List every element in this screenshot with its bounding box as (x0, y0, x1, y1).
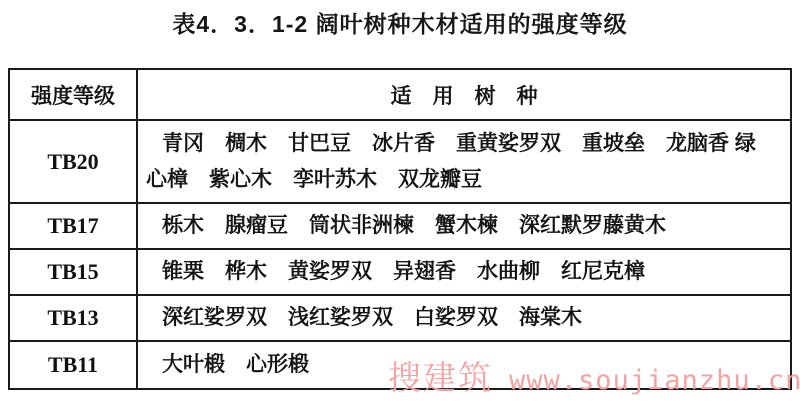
strength-grade-table: 强度等级 适 用 树 种 TB20 青冈 椆木 甘巴豆 冰片香 重黄娑罗双 重坡… (8, 68, 792, 390)
grade-label: TB17 (9, 203, 137, 249)
table-row-tb17: TB17 栎木 腺瘤豆 筒状非洲楝 蟹木楝 深红默罗藤黄木 (9, 203, 791, 249)
header-row: 强度等级 适 用 树 种 (9, 69, 791, 120)
species-text-line: 心樟 紫心木 孪叶苏木 双龙瓣豆 (138, 162, 790, 198)
header-strength-grade: 强度等级 (9, 69, 137, 120)
species-cell: 深红娑罗双 浅红娑罗双 白娑罗双 海棠木 (137, 295, 791, 341)
species-text-line: 锥栗 桦木 黄娑罗双 异翅香 水曲柳 红尼克樟 (138, 254, 790, 290)
grade-label: TB15 (9, 249, 137, 295)
species-cell: 青冈 椆木 甘巴豆 冰片香 重黄娑罗双 重坡垒 龙脑香 绿 心樟 紫心木 孪叶苏… (137, 120, 791, 203)
species-cell: 大叶椴 心形椴 (137, 341, 791, 389)
grade-label: TB11 (9, 341, 137, 389)
species-cell: 锥栗 桦木 黄娑罗双 异翅香 水曲柳 红尼克樟 (137, 249, 791, 295)
grade-label: TB13 (9, 295, 137, 341)
table-row-tb13: TB13 深红娑罗双 浅红娑罗双 白娑罗双 海棠木 (9, 295, 791, 341)
species-text-line: 深红娑罗双 浅红娑罗双 白娑罗双 海棠木 (138, 300, 790, 336)
grade-label: TB20 (9, 120, 137, 203)
table-row-tb11: TB11 大叶椴 心形椴 (9, 341, 791, 389)
table-body: TB20 青冈 椆木 甘巴豆 冰片香 重黄娑罗双 重坡垒 龙脑香 绿 心樟 紫心… (9, 120, 791, 389)
table-title: 表4．3．1-2 阔叶树种木材适用的强度等级 (0, 6, 800, 39)
table-row-tb15: TB15 锥栗 桦木 黄娑罗双 异翅香 水曲柳 红尼克樟 (9, 249, 791, 295)
species-cell: 栎木 腺瘤豆 筒状非洲楝 蟹木楝 深红默罗藤黄木 (137, 203, 791, 249)
species-text-line: 青冈 椆木 甘巴豆 冰片香 重黄娑罗双 重坡垒 龙脑香 绿 (138, 126, 790, 162)
species-text-line: 大叶椴 心形椴 (138, 347, 790, 383)
table-header: 强度等级 适 用 树 种 (9, 69, 791, 120)
table-row-tb20: TB20 青冈 椆木 甘巴豆 冰片香 重黄娑罗双 重坡垒 龙脑香 绿 心樟 紫心… (9, 120, 791, 203)
header-applicable-species: 适 用 树 种 (137, 69, 791, 120)
species-text-line: 栎木 腺瘤豆 筒状非洲楝 蟹木楝 深红默罗藤黄木 (138, 208, 790, 244)
